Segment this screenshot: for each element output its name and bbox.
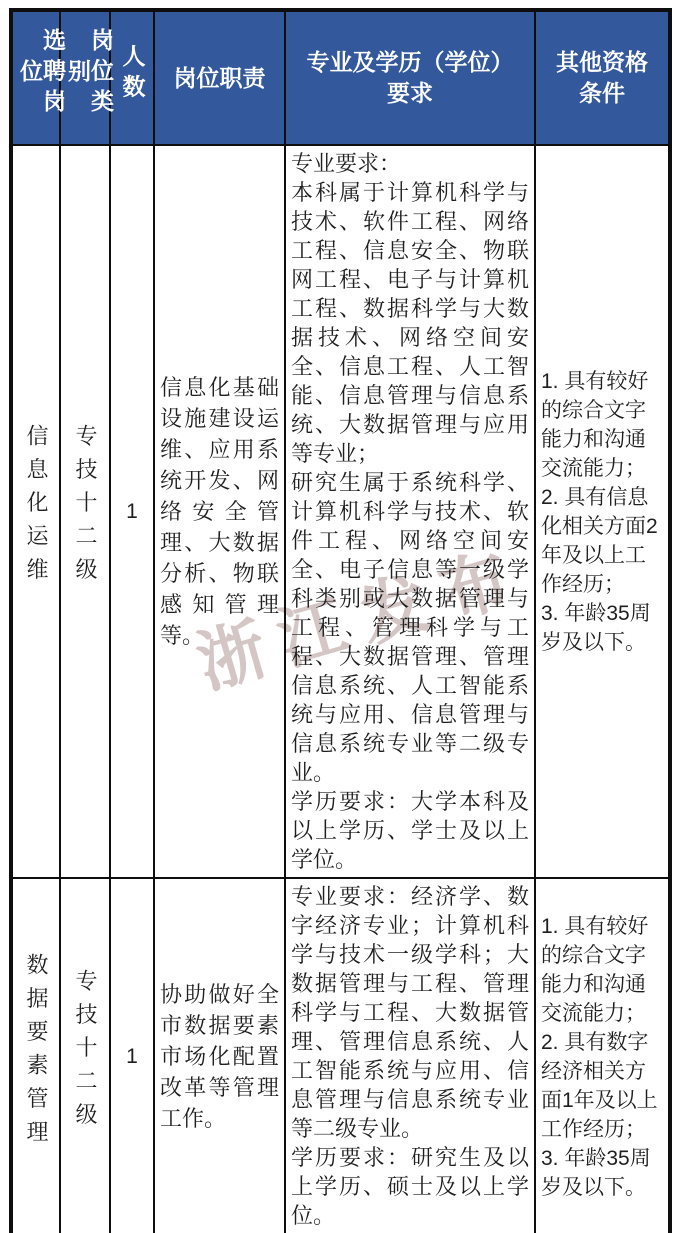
- cell-duty: 协助做好全市数据要素市场化配置改革等管理工作。: [154, 878, 285, 1233]
- job-category-text: 专技十二级: [74, 969, 96, 1136]
- table-row-shuju-yaosu: 数据要素管理 专技十二级 1 协助做好全市数据要素市场化配置改革等管理工作。 专…: [11, 878, 670, 1233]
- header-cell-category: 岗位类别: [60, 10, 110, 145]
- cell-headcount: 1: [110, 878, 154, 1233]
- header-cell-job: 选聘岗位: [11, 10, 60, 145]
- headcount-value: 1: [126, 500, 138, 523]
- duty-text: 信息化基础设施建设运维、应用系统开发、网络安全管理、大数据分析、物联感知管理等。: [160, 375, 279, 648]
- cell-job-category: 专技十二级: [60, 145, 110, 878]
- duty-text: 协助做好全市数据要素市场化配置改革等管理工作。: [160, 982, 279, 1131]
- header-cell-other: 其他资格 条件: [535, 10, 670, 145]
- table-row-xinxihua-yunwei: 信息化运维 专技十二级 1 信息化基础设施建设运维、应用系统开发、网络安全管理、…: [11, 145, 670, 878]
- header-cell-count: 人数: [110, 10, 154, 145]
- cell-major-requirements: 专业要求： 本科属于计算机科学与技术、软件工程、网络工程、信息安全、物联网工程、…: [285, 145, 535, 878]
- job-category-text: 专技十二级: [74, 424, 96, 591]
- table-header-row: 选聘岗位 岗位类别 人数 岗位职责 专业及学历（学位） 要求 其他资格 条件: [11, 10, 670, 145]
- recruitment-table-page: 浙江发布 选聘岗位 岗位类别 人数 岗位职责 专业及学历（学位） 要求: [0, 0, 678, 1233]
- headcount-value: 1: [126, 1045, 138, 1068]
- job-name-text: 数据要素管理: [25, 953, 47, 1154]
- cell-headcount: 1: [110, 145, 154, 878]
- cell-job-category: 专技十二级: [60, 878, 110, 1233]
- header-category-label: 岗位类别: [66, 15, 112, 133]
- cell-job-name: 数据要素管理: [11, 878, 60, 1233]
- cell-duty: 信息化基础设施建设运维、应用系统开发、网络安全管理、大数据分析、物联感知管理等。: [154, 145, 285, 878]
- cell-major-requirements: 专业要求：经济学、数字经济专业；计算机科学与技术一级学科；大数据管理与工程、管理…: [285, 878, 535, 1233]
- header-cell-major: 专业及学历（学位） 要求: [285, 10, 535, 145]
- job-name-text: 信息化运维: [25, 424, 47, 591]
- header-other-label: 其他资格 条件: [556, 49, 648, 106]
- header-count-label: 人数: [121, 44, 144, 105]
- header-job-label: 选聘岗位: [18, 15, 64, 133]
- header-cell-duty: 岗位职责: [154, 10, 285, 145]
- recruitment-table: 选聘岗位 岗位类别 人数 岗位职责 专业及学历（学位） 要求 其他资格 条件 信…: [9, 8, 672, 1233]
- cell-other-conditions: 1. 具有较好的综合文字能力和沟通交流能力； 2. 具有信息化相关方面2年及以上…: [535, 145, 670, 878]
- cell-job-name: 信息化运维: [11, 145, 60, 878]
- cell-other-conditions: 1. 具有较好的综合文字能力和沟通交流能力； 2. 具有数字经济相关方面1年及以…: [535, 878, 670, 1233]
- header-duty-label: 岗位职责: [174, 65, 266, 91]
- header-major-label: 专业及学历（学位） 要求: [307, 49, 514, 106]
